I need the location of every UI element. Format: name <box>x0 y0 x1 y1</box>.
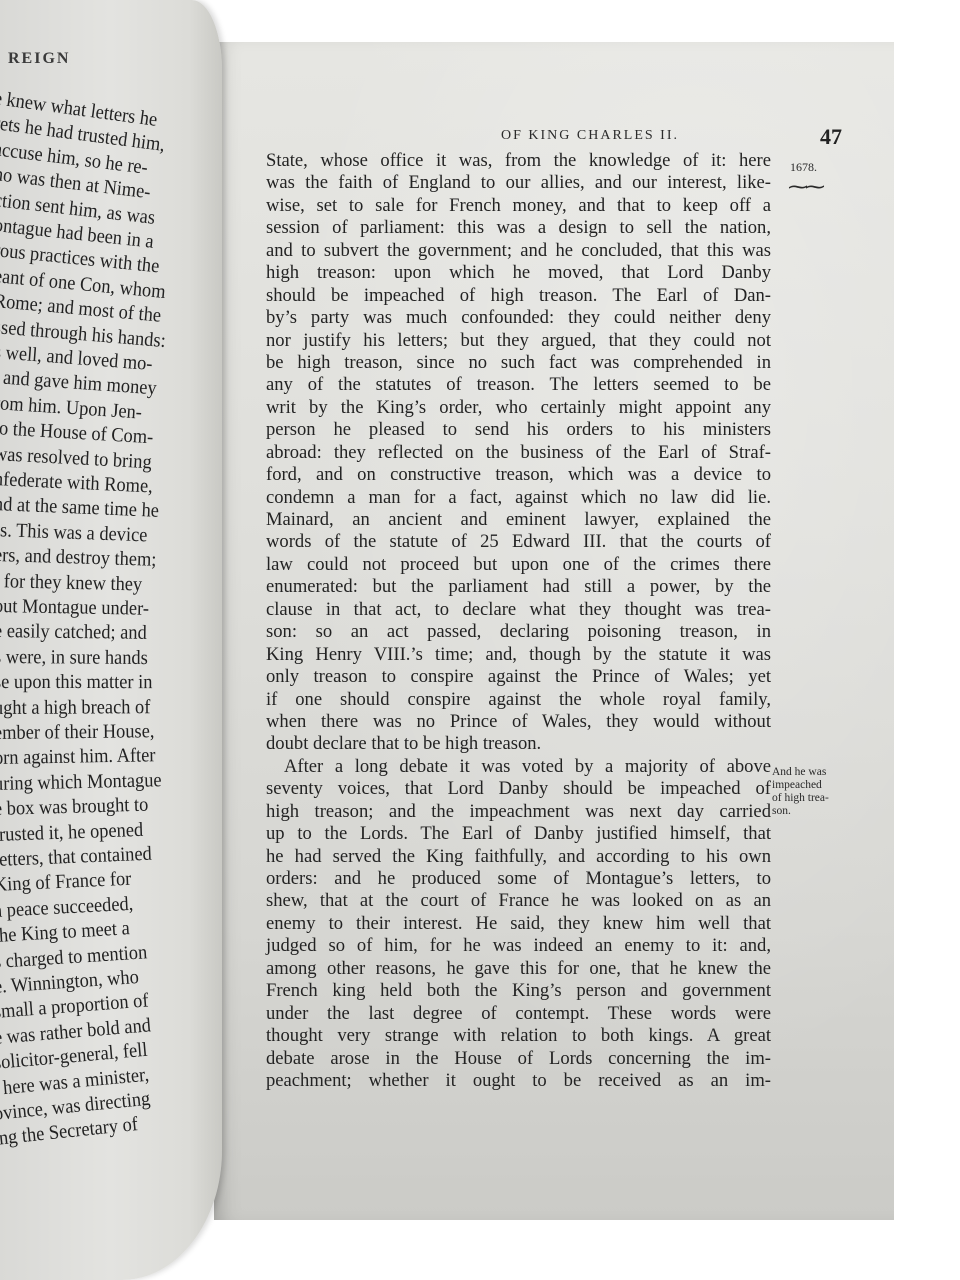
left-text-line: trusted it, he opened <box>0 818 144 846</box>
left-text-line: orn against him. After <box>0 745 156 771</box>
left-text-line: e easily catched; and <box>0 620 147 645</box>
left-text-line: e box was brought to <box>0 794 149 821</box>
text-line: up to the Lords. The Earl of Danby justi… <box>266 823 771 845</box>
margin-note: And he was impeached of high trea- son. <box>772 766 852 818</box>
text-line: shew, that at the court of France he was… <box>266 890 771 912</box>
text-line: was the faith of England to our allies, … <box>266 172 771 194</box>
left-text-line: uring which Montague <box>0 769 162 796</box>
text-line: King Henry VIII.’s time; and, though by … <box>266 644 771 666</box>
margin-year: 1678. <box>790 160 817 175</box>
text-line: person he pleased to send his orders to … <box>266 419 771 441</box>
text-line: should be impeached of high treason. The… <box>266 285 771 307</box>
margin-note-line: son. <box>772 805 852 818</box>
left-page: REIGN e knew what letters herets he had … <box>0 0 222 1280</box>
text-line: only treason to conspire against the Pri… <box>266 666 771 688</box>
text-line: After a long debate it was voted by a ma… <box>266 756 771 778</box>
text-line: thought very strange with relation to bo… <box>266 1025 771 1047</box>
text-line: when there was no Prince of Wales, they … <box>266 711 771 733</box>
text-line: State, whose office it was, from the kno… <box>266 150 771 172</box>
text-line: son: so an act passed, declaring poisoni… <box>266 621 771 643</box>
text-line: debate arose in the House of Lords conce… <box>266 1048 771 1070</box>
text-line: seventy voices, that Lord Danby should b… <box>266 778 771 800</box>
text-line: words of the statute of 25 Edward III. t… <box>266 531 771 553</box>
body-text: State, whose office it was, from the kno… <box>266 150 771 1092</box>
left-running-head: REIGN <box>8 50 70 68</box>
text-line: any of the statutes of treason. The lett… <box>266 374 771 396</box>
page-number: 47 <box>820 124 842 150</box>
left-text-line: ember of their House, <box>0 720 155 745</box>
text-line: be high treason, since no such fact was … <box>266 352 771 374</box>
left-text-line: nd at the same time he <box>0 493 159 523</box>
text-line: condemn a man for a fact, against which … <box>266 487 771 509</box>
text-line: enumerated: but the parliament had still… <box>266 576 771 598</box>
text-line: among other reasons, he gave this for on… <box>266 958 771 980</box>
text-line: writ by the King’s order, who certainly … <box>266 397 771 419</box>
left-text-line: ers, and destroy them; <box>0 544 157 572</box>
text-line: if one should conspire against the whole… <box>266 689 771 711</box>
left-text-line: : for they knew they <box>0 570 142 597</box>
margin-note-line: And he was <box>772 766 852 779</box>
text-line: enemy to their interest. He said, they k… <box>266 913 771 935</box>
text-line: he had served the King faithfully, and a… <box>266 846 771 868</box>
text-line: law could not proceed but upon one of th… <box>266 554 771 576</box>
margin-note-line: impeached <box>772 779 852 792</box>
text-line: ford, and on constructive treason, which… <box>266 464 771 486</box>
right-page: OF KING CHARLES II. 47 1678. ⁓⁓ State, w… <box>214 42 894 1220</box>
text-line: clause in that act, to declare what they… <box>266 599 771 621</box>
text-line: orders: and he produced some of Montague… <box>266 868 771 890</box>
text-line: high treason; and the impeachment was ne… <box>266 801 771 823</box>
text-line: wise, set to sale for French money, and … <box>266 195 771 217</box>
left-text-line: out Montague under- <box>0 595 149 621</box>
text-line: peachment; whether it ought to be receiv… <box>266 1070 771 1092</box>
margin-note-line: of high trea- <box>772 792 852 805</box>
left-text-line: rs. This was a device <box>0 519 148 547</box>
text-line: judged so of him, for he was indeed an e… <box>266 935 771 957</box>
text-line: and to subvert the government; and he co… <box>266 240 771 262</box>
text-line: French king held both the King’s person … <box>266 980 771 1002</box>
margin-brace-icon: ⁓⁓ <box>788 174 822 198</box>
text-line: Mainard, an ancient and eminent lawyer, … <box>266 509 771 531</box>
text-line: doubt declare that to be high treason. <box>266 733 771 755</box>
left-text-line: s were, in sure hands <box>0 646 148 670</box>
text-line: nor justify his letters; but they argued… <box>266 330 771 352</box>
left-text-line: se upon this matter in <box>0 671 152 694</box>
text-line: abroad: they reflected on the business o… <box>266 442 771 464</box>
text-line: by’s party was much confounded: they cou… <box>266 307 771 329</box>
left-text-line: ught a high breach of <box>0 696 150 720</box>
text-line: high treason: upon which he moved, that … <box>266 262 771 284</box>
text-line: under the last degree of contempt. These… <box>266 1003 771 1025</box>
running-head: OF KING CHARLES II. <box>410 128 770 144</box>
text-line: session of parliament: this was a design… <box>266 217 771 239</box>
